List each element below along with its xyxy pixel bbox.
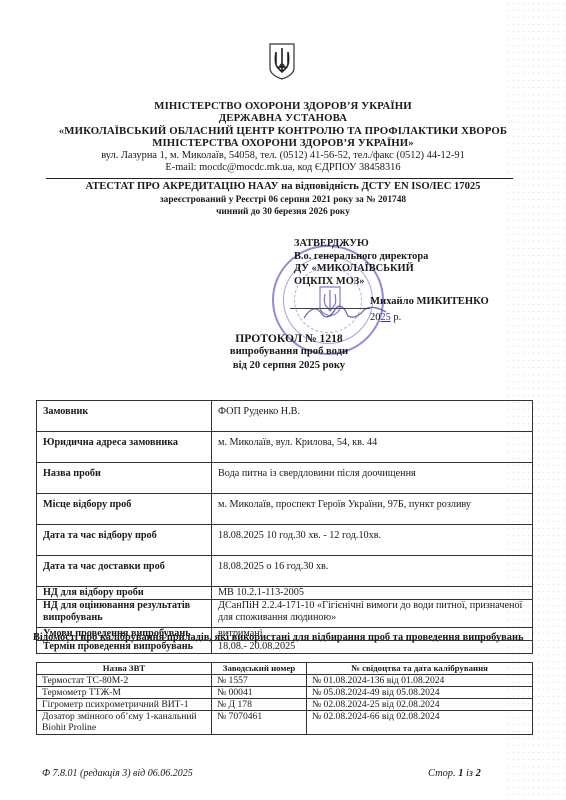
org-address: вул. Лазурна 1, м. Миколаїв, 54058, тел.…	[0, 150, 566, 163]
approval-title: ЗАТВЕРДЖУЮ	[294, 238, 428, 251]
certificate: № 02.08.2024-66 від 02.08.2024	[307, 711, 533, 735]
page-label: Стор.	[428, 768, 456, 779]
approval-date-year: 25	[380, 312, 390, 323]
approval-date-prefix: 20	[370, 312, 380, 323]
approval-org-line1: ДУ «МИКОЛАЇВСЬКИЙ	[294, 263, 428, 276]
field-value: м. Миколаїв, вул. Крилова, 54, кв. 44	[212, 432, 533, 463]
ukraine-trident-emblem-icon	[268, 42, 296, 80]
protocol-subtitle: випробування проб води	[6, 346, 566, 357]
column-header: Заводський номер	[212, 663, 307, 675]
table-row: Юридична адреса замовника м. Миколаїв, в…	[37, 432, 533, 463]
field-value: ДСанПіН 2.2.4-171-10 «Гігієнічні вимоги …	[212, 600, 533, 627]
certificate: № 05.08.2024-49 від 05.08.2024	[307, 687, 533, 699]
org-name-line2: МІНІСТЕРСТВА ОХОРОНИ ЗДОРОВ’Я УКРАЇНИ»	[0, 137, 566, 149]
table-row: Гігрометр психрометричний ВИТ-1 № Д 178 …	[37, 699, 533, 711]
field-label: НД для оцінювання результатів випробуван…	[37, 600, 212, 627]
accreditation-title: АТЕСТАТ ПРО АКРЕДИТАЦІЮ НААУ на відповід…	[0, 181, 566, 192]
instrument-name: Термометр ТТЖ-М	[37, 687, 212, 699]
instrument-name: Гігрометр психрометричний ВИТ-1	[37, 699, 212, 711]
sample-details-table: Замовник ФОП Руденко Н.В. Юридична адрес…	[36, 400, 533, 654]
field-label: Назва проби	[37, 463, 212, 494]
form-reference: Ф 7.8.01 (редакція 3) від 06.06.2025	[42, 768, 193, 779]
approval-position: В.о. генерального директора	[294, 251, 428, 264]
column-header: Назва ЗВТ	[37, 663, 212, 675]
table-row: Дозатор змінного об’єму 1-канальний Bioh…	[37, 711, 533, 735]
column-header: № свідоцтва та дата калібрування	[307, 663, 533, 675]
field-value: 18.08.2025 10 год.30 хв. - 12 год.10хв.	[212, 525, 533, 556]
org-email: E-mail: mocdc@mocdc.mk.ua, код ЄДРПОУ 38…	[0, 162, 566, 175]
table-row: Назва проби Вода питна із свердловини пі…	[37, 463, 533, 494]
field-value: Вода питна із свердловини після доочищен…	[212, 463, 533, 494]
certificate: № 02.08.2024-25 від 02.08.2024	[307, 699, 533, 711]
approval-block: ЗАТВЕРДЖУЮ В.о. генерального директора Д…	[294, 238, 428, 288]
serial-number: № 00041	[212, 687, 307, 699]
calibration-table: Назва ЗВТ Заводський номер № свідоцтва т…	[36, 662, 533, 735]
protocol-title: ПРОТОКОЛ № 1218	[6, 332, 566, 345]
accreditation-registration: зареєстрований у Реєстрі 06 серпня 2021 …	[0, 195, 566, 205]
signature-line	[290, 308, 370, 309]
field-label: Дата та час доставки проб	[37, 556, 212, 587]
calibration-section-title: Відомості про калібрування приладів, які…	[33, 631, 533, 644]
table-row: НД для оцінювання результатів випробуван…	[37, 600, 533, 627]
serial-number: № Д 178	[212, 699, 307, 711]
accreditation-validity: чинний до 30 березня 2026 року	[0, 207, 566, 217]
page-total: 2	[476, 768, 481, 779]
letterhead: МІНІСТЕРСТВО ОХОРОНИ ЗДОРОВ’Я УКРАЇНИ ДЕ…	[0, 100, 566, 175]
approval-date-suffix: р.	[391, 312, 401, 323]
approval-org-line2: ОЦКПХ МОЗ»	[294, 276, 428, 289]
instrument-name: Дозатор змінного об’єму 1-канальний Bioh…	[37, 711, 212, 735]
table-row: Дата та час доставки проб 18.08.2025 о 1…	[37, 556, 533, 587]
field-value: ФОП Руденко Н.В.	[212, 401, 533, 432]
serial-number: № 1557	[212, 675, 307, 687]
table-row: Термостат ТС-80М-2 № 1557 № 01.08.2024-1…	[37, 675, 533, 687]
page-number: Стор. 1 із 2	[428, 768, 481, 779]
header-divider	[46, 178, 513, 179]
field-label: Замовник	[37, 401, 212, 432]
signer-name: Михайло МИКИТЕНКО	[370, 296, 489, 307]
org-name-line1: «МИКОЛАЇВСЬКИЙ ОБЛАСНИЙ ЦЕНТР КОНТРОЛЮ Т…	[0, 125, 566, 137]
table-row: НД для відбору проби МВ 10.2.1-113-2005	[37, 587, 533, 600]
field-label: Місце відбору проб	[37, 494, 212, 525]
field-label: Дата та час відбору проб	[37, 525, 212, 556]
table-row: Дата та час відбору проб 18.08.2025 10 г…	[37, 525, 533, 556]
approval-date: 2025 р.	[370, 312, 401, 323]
document-page: МІНІСТЕРСТВО ОХОРОНИ ЗДОРОВ’Я УКРАЇНИ ДЕ…	[0, 0, 566, 800]
page-sep: із	[466, 768, 473, 779]
table-row: Термометр ТТЖ-М № 00041 № 05.08.2024-49 …	[37, 687, 533, 699]
certificate: № 01.08.2024-136 від 01.08.2024	[307, 675, 533, 687]
table-row: Замовник ФОП Руденко Н.В.	[37, 401, 533, 432]
field-value: МВ 10.2.1-113-2005	[212, 587, 533, 600]
serial-number: № 7070461	[212, 711, 307, 735]
field-label: НД для відбору проби	[37, 587, 212, 600]
instrument-name: Термостат ТС-80М-2	[37, 675, 212, 687]
institution-type: ДЕРЖАВНА УСТАНОВА	[0, 112, 566, 124]
table-header-row: Назва ЗВТ Заводський номер № свідоцтва т…	[37, 663, 533, 675]
protocol-date: від 20 серпня 2025 року	[6, 360, 566, 371]
field-label: Юридична адреса замовника	[37, 432, 212, 463]
table-row: Місце відбору проб м. Миколаїв, проспект…	[37, 494, 533, 525]
ministry-name: МІНІСТЕРСТВО ОХОРОНИ ЗДОРОВ’Я УКРАЇНИ	[0, 100, 566, 112]
field-value: 18.08.2025 о 16 год.30 хв.	[212, 556, 533, 587]
page-current: 1	[458, 768, 463, 779]
field-value: м. Миколаїв, проспект Героїв України, 97…	[212, 494, 533, 525]
